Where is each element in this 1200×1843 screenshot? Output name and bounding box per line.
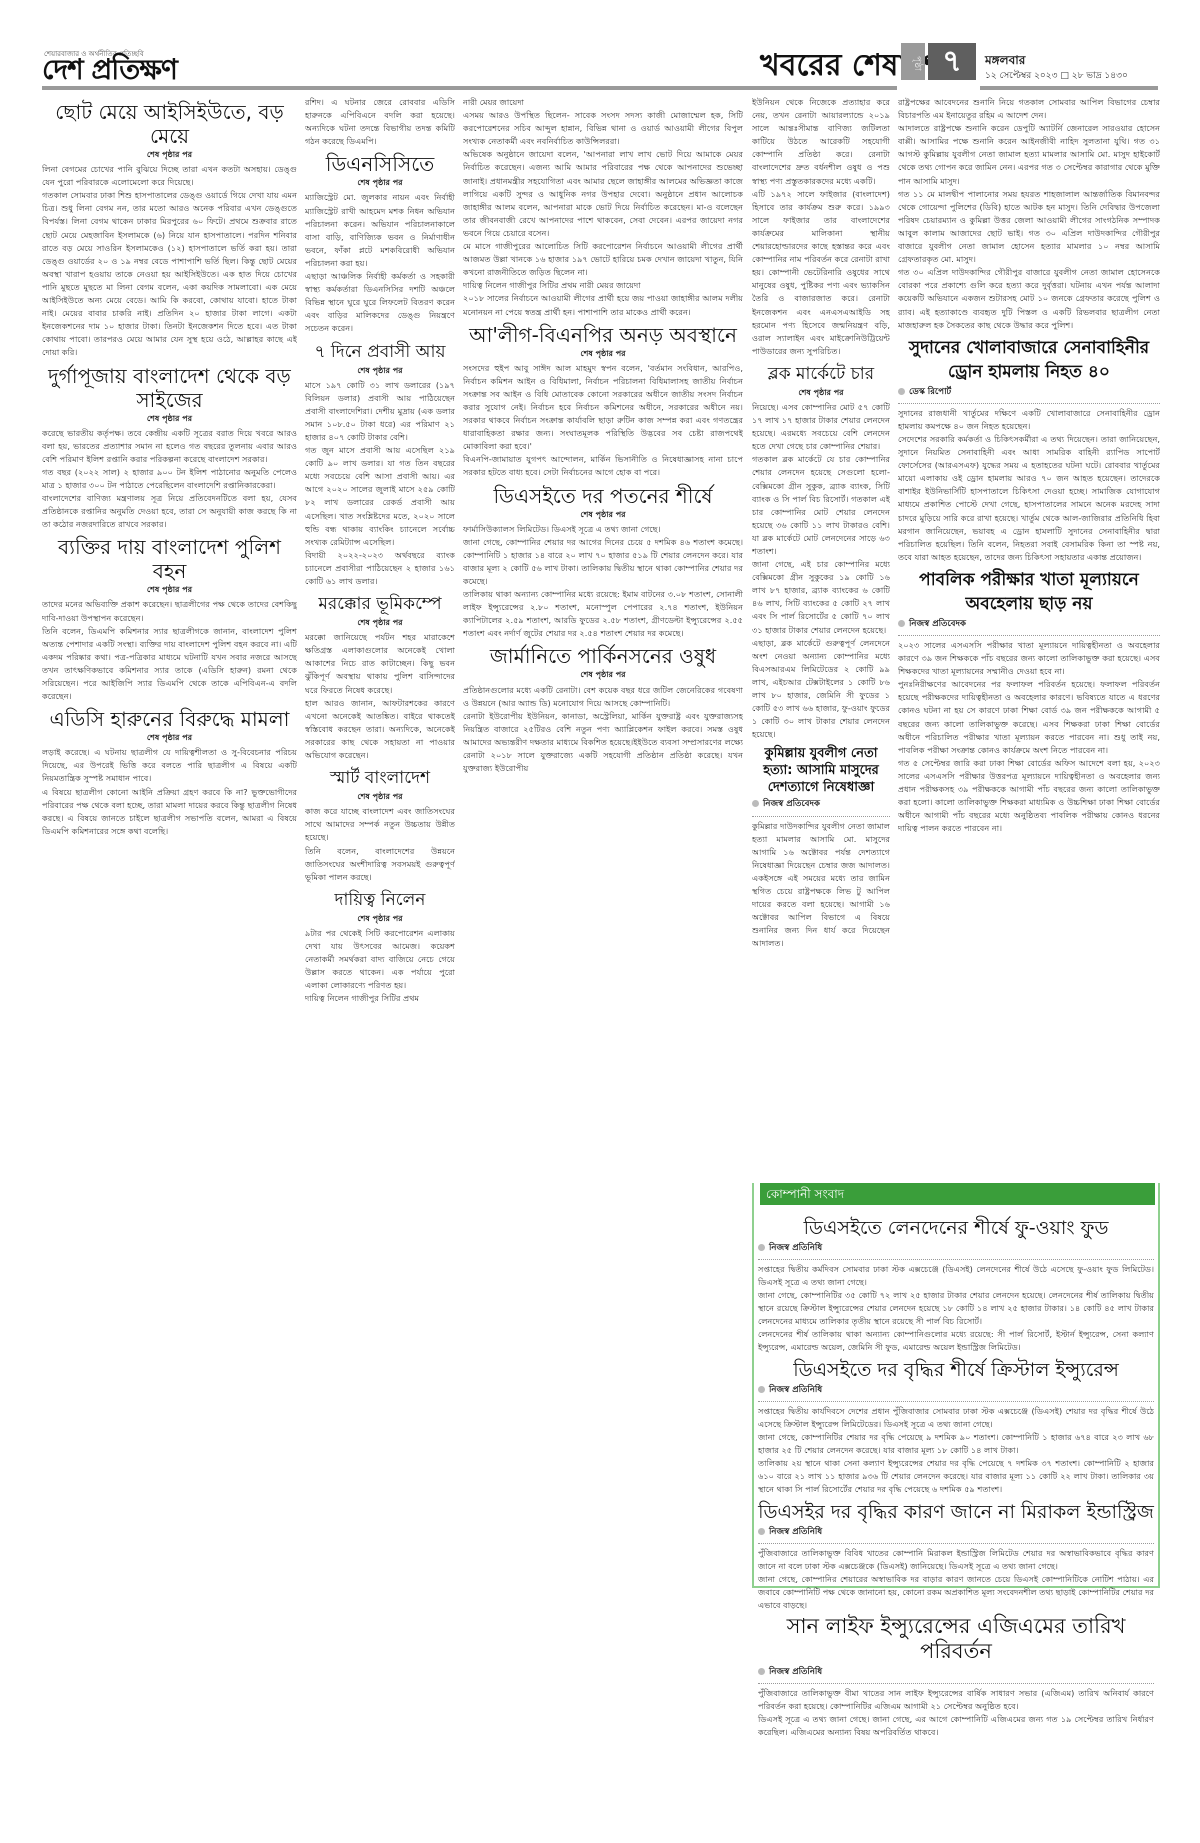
paragraph: এ বিষয়ে ছাত্রলীগ কোনো আইনি প্রক্রিয়া গ…: [42, 786, 297, 838]
paragraph: তালিকায় থাকা অন্যান্য কোম্পানির মধ্যে র…: [463, 588, 743, 640]
column-middle-narrow: রশিদ। এ ঘটনার জেরে রোববার এডিসি হারুনকে …: [305, 96, 455, 1836]
paragraph: অভিষেক অনুষ্ঠানে জায়েদা বলেন, 'আপনারা ল…: [463, 148, 743, 240]
reporter: নিজস্ব প্রতিনিধি: [758, 1526, 1154, 1544]
article-duty: দায়িত্ব নিলেন শেষ পৃষ্ঠার পর ৯টার পর থে…: [305, 888, 455, 1006]
paragraph: ২০২৩ সালের এসএসসি পরীক্ষার খাতা মূল্যায়…: [898, 639, 1160, 678]
paragraph: প্রতিষ্ঠানগুলোর মধ্যে একটি রেনাটা। বেশ ক…: [463, 684, 743, 710]
headline[interactable]: সান লাইফ ইন্স্যুরেন্সের এজিএমের তারিখ পর…: [758, 1614, 1154, 1664]
headline[interactable]: ব্লক মার্কেটে চার: [752, 362, 890, 386]
paragraph: বিএনপি-জামায়াত যুগপৎ আন্দোলন, মার্কিন ভ…: [463, 453, 743, 479]
paragraph: হাল আরও জানান, আফটারশকের কারণে এখনো অনেক…: [305, 697, 455, 762]
headline[interactable]: ডিএসইর দর বৃদ্ধির কারণ জানে না মিরাকল ইন…: [758, 1500, 1154, 1524]
article-awami-bnp: আ'লীগ-বিএনপির অনড় অবস্থানে শেষ পৃষ্ঠার …: [463, 323, 743, 480]
article-block-market: ব্লক মার্কেটে চার শেষ পৃষ্ঠার পর নিয়েছে…: [752, 362, 890, 742]
paragraph: জানা গেছে, এই চার কোম্পানির মধ্যে বেক্সি…: [752, 558, 890, 637]
paragraph: করেছে ভারতীয় কর্তৃপক্ষ। তবে কেন্দ্রীয় …: [42, 427, 297, 466]
continued-label: শেষ পৃষ্ঠার পর: [752, 386, 890, 399]
article-police: ব্যক্তির দায় বাংলাদেশ পুলিশ বহন শেষ পৃষ…: [42, 535, 297, 703]
paragraph: তালিকায় ২য় স্থানে থাকা সেনা কল্যাণ ইন্…: [758, 1457, 1154, 1496]
paragraph: গত ৫ সেপ্টেম্বর জারি করা ঢাকা শিক্ষা বোর…: [898, 757, 1160, 836]
continued-label: শেষ পৃষ্ঠার পর: [305, 790, 455, 803]
headline[interactable]: পাবলিক পরীক্ষার খাতা মূল্যায়নে অবহেলায়…: [898, 568, 1160, 616]
paragraph: পুনঃনিরীক্ষণের আবেদনের পর ফলাফল পরিবর্তন…: [898, 678, 1160, 757]
paragraph: এছাড়া আঞ্চলিক নির্বাহী কর্মকর্তা ও সহকা…: [305, 270, 455, 335]
paragraph: ইউনিয়ন থেকে নিজেকে প্রত্যাহার করে নেয়,…: [752, 96, 890, 188]
paragraph: মে মাসে গাজীপুরের আলোচিত সিটি করপোরেশন ন…: [463, 240, 743, 279]
paragraph: বিদায়ী ২০২২-২০২৩ অর্থবছরে ব্যাংক চ্যানে…: [305, 549, 455, 588]
headline[interactable]: জার্মানিতে পার্কিনসনের ওষুধ: [463, 644, 743, 668]
page-label: পৃষ্ঠা: [901, 43, 925, 80]
headline[interactable]: এডিসি হারুনের বিরুদ্ধে মামলা: [42, 707, 297, 731]
masthead: শেয়ারবাজার ও অর্থনীতির প্রতিচ্ছবি দেশ প…: [0, 0, 1200, 80]
continued-label: শেষ পৃষ্ঠার পর: [305, 364, 455, 377]
paragraph: মাসে ১৯৭ কোটি ৩১ লাখ ডলারের (১৯৭ বিলিয়ন…: [305, 379, 455, 444]
article-icu: ছোট মেয়ে আইসিইউতে, বড় মেয়ে শেষ পৃষ্ঠা…: [42, 100, 297, 360]
paragraph: দায়িত্ব নিলেন গাজীপুর সিটির প্রথম: [305, 992, 455, 1005]
paragraph: ম্যাজিস্ট্রেট মো. জুলকার নায়ন এবং নির্ব…: [305, 191, 455, 270]
paragraph: গতকাল ব্লক মার্কেটে যে চার কোম্পানির শেয…: [752, 453, 890, 558]
paragraph: লেনদেনের শীর্ষ তালিকায় থাকা অন্যান্য কো…: [758, 1328, 1154, 1354]
paragraph: গতকাল সোমবার ঢাকা শিশু হাসপাতালের ডেঙ্গু…: [42, 189, 297, 359]
paragraph: কুমিল্লার দাউদকান্দির যুবলীগ নেতা জামাল …: [752, 820, 890, 951]
headline[interactable]: সুদানের খোলাবাজারে সেনাবাহিনীর ড্রোন হাম…: [898, 336, 1160, 384]
paragraph: এটি ১৯৭২ সালে ফাইজার (বাংলাদেশ) হিসাবে ত…: [752, 188, 890, 358]
headline[interactable]: ৭ দিনে প্রবাসী আয়: [305, 340, 455, 364]
paragraph: সপ্তাহের দ্বিতীয় কার্যদিবসে দেশের প্রধা…: [758, 1405, 1154, 1431]
newspaper-logo[interactable]: দেশ প্রতিক্ষণ: [42, 56, 177, 84]
headline[interactable]: কুমিল্লায় যুবলীগ নেতা হত্যা: আসামি মাসু…: [752, 745, 890, 796]
continued-label: শেষ পৃষ্ঠার পর: [463, 347, 743, 360]
column-left: ছোট মেয়ে আইসিইউতে, বড় মেয়ে শেষ পৃষ্ঠা…: [42, 96, 297, 1836]
paragraph: জানা গেছে, কোম্পানির শেয়ার দর আগের দিনে…: [463, 536, 743, 588]
paragraph: রেনাটা ইউরোপীয় ইউনিয়ন, কানাডা, অস্ট্রে…: [463, 710, 743, 775]
company-news-item: ডিএসইতে লেনদেনের শীর্ষে ফু-ওয়াং ফুড নিজ…: [758, 1216, 1154, 1354]
continued-label: শেষ পৃষ্ঠার পর: [42, 148, 297, 161]
article-dse-fall: ডিএসইতে দর পতনের শীর্ষে শেষ পৃষ্ঠার পর ফ…: [463, 484, 743, 641]
paragraph: গত ১১ মে মালদ্বীপ পালানোর সময় হযরত শাহজ…: [898, 188, 1160, 267]
article-jubo-league: কুমিল্লায় যুবলীগ নেতা হত্যা: আসামি মাসু…: [752, 745, 890, 950]
reporter: নিজস্ব প্রতিনিধি: [758, 1242, 1154, 1260]
article-hilsa: দুর্গাপূজায় বাংলাদেশ থেকে বড় সাইজের শে…: [42, 364, 297, 532]
headline[interactable]: আ'লীগ-বিএনপির অনড় অবস্থানে: [463, 323, 743, 347]
header-rule-right: [980, 86, 1158, 90]
issue-date: ১২ সেপ্টেম্বর ২০২৩ □ ২৮ ভাদ্র ১৪৩০: [985, 68, 1128, 83]
continued-label: শেষ পৃষ্ঠার পর: [463, 668, 743, 681]
continued-label: শেষ পৃষ্ঠার পর: [463, 508, 743, 521]
article-jayeda: নারী মেয়র জায়েদা এসময় আরও উপস্থিত ছিল…: [463, 96, 743, 319]
paragraph: তাদের মনের অভিব্যক্তি প্রকাশ করেছেন। ছাত…: [42, 598, 297, 624]
article-harun: এডিসি হারুনের বিরুদ্ধে মামলা শেষ পৃষ্ঠার…: [42, 707, 297, 838]
paragraph: গত ৩০ এপ্রিল দাউদকান্দির গৌরীপুর বাজারে …: [898, 266, 1160, 331]
column-center: নারী মেয়র জায়েদা এসময় আরও উপস্থিত ছিল…: [463, 96, 743, 1836]
paragraph: এছাড়া, ব্লক মার্কেটে গুরুত্বপূর্ণ লেনদে…: [752, 637, 890, 742]
lead-headline: নারী মেয়র জায়েদা: [463, 96, 743, 109]
headline[interactable]: ছোট মেয়ে আইসিইউতে, বড় মেয়ে: [42, 100, 297, 148]
paragraph: কাজ করে যাচ্ছে বাংলাদেশ এবং জাতিসংঘের সা…: [305, 805, 455, 844]
continued-label: শেষ পৃষ্ঠার পর: [42, 731, 297, 744]
continued-label: শেষ পৃষ্ঠার পর: [305, 176, 455, 189]
paragraph: ডিএসই সূত্রে এ তথ্য জানা গেছে। জানা গেছে…: [758, 1713, 1154, 1739]
article-smart-bangladesh: স্মার্ট বাংলাদেশ শেষ পৃষ্ঠার পর কাজ করে …: [305, 766, 455, 884]
reporter: নিজস্ব প্রতিনিধি: [758, 1666, 1154, 1684]
continued-label: শেষ পৃষ্ঠার পর: [305, 912, 455, 925]
paragraph: মরক্কো জানিয়েছে পর্যটন শহর মারাকেশে ক্ষ…: [305, 631, 455, 696]
paragraph: লিনা বেগমের চোখের পানি বুঝিয়ে দিচ্ছে তা…: [42, 163, 297, 189]
company-news-body: ডিএসইতে লেনদেনের শীর্ষে ফু-ওয়াং ফুড নিজ…: [758, 1212, 1154, 1739]
paragraph: রশিদ। এ ঘটনার জেরে রোববার এডিসি হারুনকে …: [305, 96, 455, 148]
headline[interactable]: ডিএসইতে লেনদেনের শীর্ষে ফু-ওয়াং ফুড: [758, 1216, 1154, 1240]
reporter: নিজস্ব প্রতিবেদক: [752, 798, 890, 816]
reporter: নিজস্ব প্রতিবেদক: [898, 618, 1160, 636]
headline[interactable]: ব্যক্তির দায় বাংলাদেশ পুলিশ বহন: [42, 535, 297, 583]
paragraph: সেদেশের সরকারি কর্মকর্তা ও চিকিৎসকর্মীরা…: [898, 433, 1160, 564]
article-morocco: মরক্কোর ভূমিকম্পে শেষ পৃষ্ঠার পর মরক্কো …: [305, 592, 455, 762]
paragraph: সপ্তাহের দ্বিতীয় কর্মদিবস সোমবার ঢাকা স…: [758, 1263, 1154, 1289]
headline[interactable]: দুর্গাপূজায় বাংলাদেশ থেকে বড় সাইজের: [42, 364, 297, 412]
page-number: ৭: [928, 43, 976, 80]
reporter: নিজস্ব প্রতিনিধি: [758, 1384, 1154, 1402]
paragraph: দায়িত্ব নিলেন গাজীপুর সিটির প্রথম নারী …: [463, 279, 743, 292]
paragraph: লড়াই করেছে। এ ঘটনায় ছাত্রলীগ যে দায়িত…: [42, 746, 297, 785]
headline[interactable]: মরক্কোর ভূমিকম্পে: [305, 592, 455, 616]
paragraph: ৯টার পর থেকেই সিটি করপোরেশন এলাকায় দেখা…: [305, 927, 455, 992]
continued-label: শেষ পৃষ্ঠার পর: [42, 583, 297, 596]
article-exam: পাবলিক পরীক্ষার খাতা মূল্যায়নে অবহেলায়…: [898, 568, 1160, 836]
paragraph: সুদানের রাজধানী খার্তুমের দক্ষিণে একটি খ…: [898, 407, 1160, 433]
company-news-item: ডিএসইর দর বৃদ্ধির কারণ জানে না মিরাকল ইন…: [758, 1500, 1154, 1612]
company-news-item: ডিএসইতে দর বৃদ্ধির শীর্ষে ক্রিস্টাল ইন্স…: [758, 1358, 1154, 1496]
paragraph: জানা গেছে, কোম্পানির শেয়ারের অস্বাভাবিক…: [758, 1573, 1154, 1612]
paragraph: রাষ্ট্রপক্ষের আবেদনের শুনানি নিয়ে গতকাল…: [898, 96, 1160, 122]
headline[interactable]: স্মার্ট বাংলাদেশ: [305, 766, 455, 790]
article-parkinson: জার্মানিতে পার্কিনসনের ওষুধ শেষ পৃষ্ঠার …: [463, 644, 743, 775]
column-right-wide: রাষ্ট্রপক্ষের আবেদনের শুনানি নিয়ে গতকাল…: [898, 96, 1160, 1176]
paragraph: তিনি বলেন, বাংলাদেশের উন্নয়নে জাতিসংঘের…: [305, 845, 455, 884]
continued-label: শেষ পৃষ্ঠার পর: [305, 616, 455, 629]
paragraph: ফার্মাসিউক্যালস লিমিটেড। ডিএসই সূত্রে এ …: [463, 523, 743, 536]
paragraph: তিনি বলেন, ডিএমপি কমিশনার স্যার ছাত্রলীগ…: [42, 625, 297, 704]
paragraph: বাংলাদেশের বাণিজ্য মন্ত্রণালয় সূত্র নিয…: [42, 492, 297, 531]
paragraph: গত জুন মাসে প্রবাসী আয় এসেছিল ২১৯ কোটি …: [305, 444, 455, 549]
paragraph: আদালতে রাষ্ট্রপক্ষে শুনানি করেন ডেপুটি অ…: [898, 122, 1160, 187]
company-news-header: কোম্পানী সংবাদ: [760, 1183, 1155, 1205]
column-right-narrow: ইউনিয়ন থেকে নিজেকে প্রত্যাহার করে নেয়,…: [752, 96, 890, 1176]
headline[interactable]: ডিএসইতে দর বৃদ্ধির শীর্ষে ক্রিস্টাল ইন্স…: [758, 1358, 1154, 1382]
paragraph: এসময় আরও উপস্থিত ছিলেন- সাবেক সংসদ সদস্…: [463, 109, 743, 148]
reporter: ডেস্ক রিপোর্ট: [898, 386, 1160, 404]
company-news-item: সান লাইফ ইন্স্যুরেন্সের এজিএমের তারিখ পর…: [758, 1614, 1154, 1739]
paragraph: গত বছর (২০২২ সাল) ২ হাজার ৯০০ টন ইলিশ পা…: [42, 466, 297, 492]
article-dncc: ডিএনসিসিতে শেষ পৃষ্ঠার পর ম্যাজিস্ট্রেট …: [305, 152, 455, 335]
headline[interactable]: ডিএসইতে দর পতনের শীর্ষে: [463, 484, 743, 508]
paragraph: পুঁজিবাজারে তালিকাভুক্ত বিবিধ খাতের কোম্…: [758, 1547, 1154, 1573]
paragraph: পুঁজিবাজারে তালিকাভুক্ত বীমা খাতের সান ল…: [758, 1687, 1154, 1713]
header-rule-left: [42, 86, 897, 90]
article-sudan: সুদানের খোলাবাজারে সেনাবাহিনীর ড্রোন হাম…: [898, 336, 1160, 564]
article-remittance: ৭ দিনে প্রবাসী আয় শেষ পৃষ্ঠার পর মাসে ১…: [305, 340, 455, 589]
paragraph: নিয়েছে। এসব কোম্পানির মোট ৫৭ কোটি ১৭ লা…: [752, 401, 890, 453]
continued-label: শেষ পৃষ্ঠার পর: [42, 412, 297, 425]
headline[interactable]: দায়িত্ব নিলেন: [305, 888, 455, 912]
paragraph: জানা গেছে, কোম্পানিটির শেয়ার দর বৃদ্ধি …: [758, 1431, 1154, 1457]
headline[interactable]: ডিএনসিসিতে: [305, 152, 455, 176]
paragraph: জানা গেছে, কোম্পানিটির ৩৫ কোটি ৭২ লাখ ২৫…: [758, 1289, 1154, 1328]
paragraph: ২০১৮ সালের নির্বাচনে আওয়ামী লীগের প্রার…: [463, 292, 743, 318]
paragraph: সংসদের হুইপ আবু সাঈদ আল মাহমুদ স্বপন বলে…: [463, 362, 743, 454]
